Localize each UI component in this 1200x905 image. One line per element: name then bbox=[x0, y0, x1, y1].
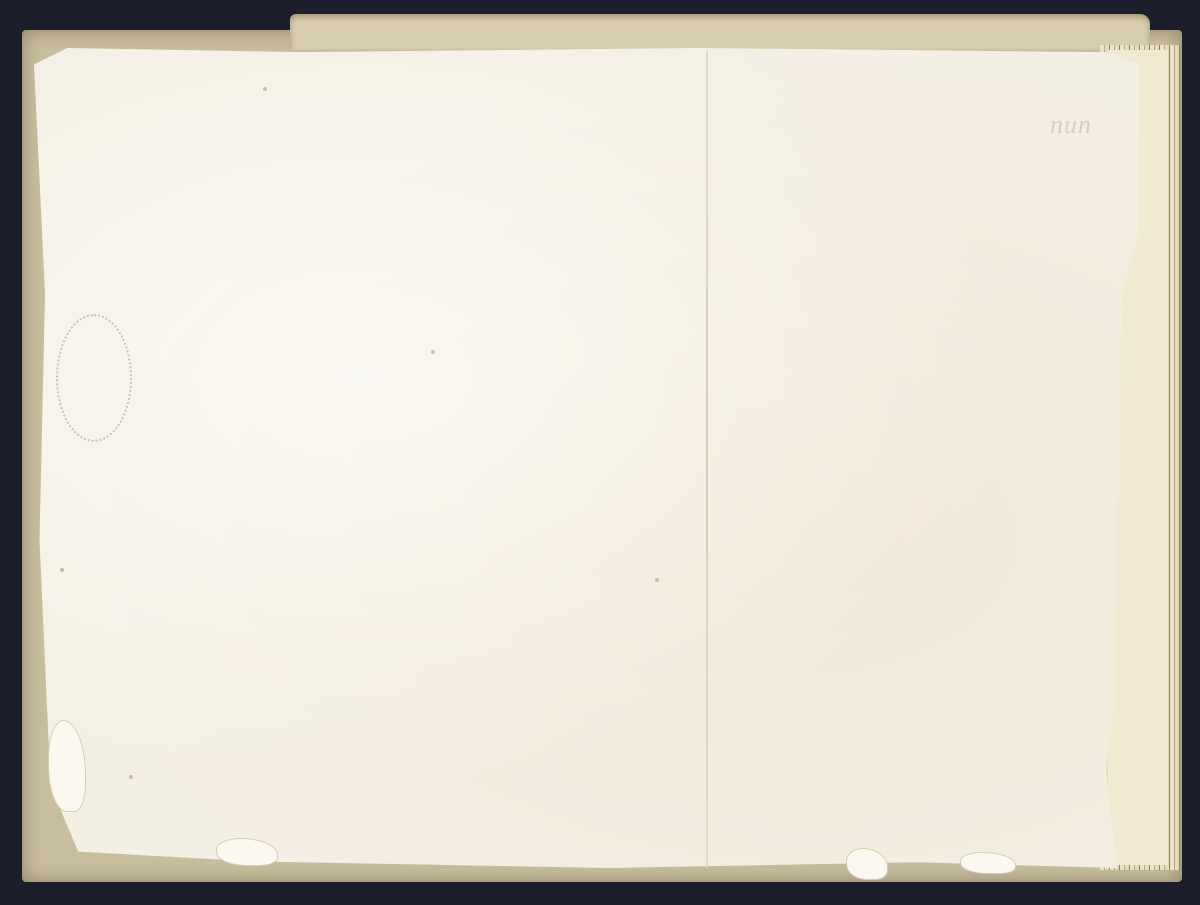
foxing-spot bbox=[655, 578, 659, 582]
torn-top-edge bbox=[290, 14, 1150, 50]
center-fold-line bbox=[706, 50, 708, 868]
foxing-spot bbox=[129, 775, 133, 779]
faint-show-through-text: nun bbox=[1050, 110, 1092, 140]
foxing-spot bbox=[263, 87, 267, 91]
foxing-spot bbox=[60, 568, 64, 572]
library-stamp-icon bbox=[56, 314, 132, 442]
blank-paper-page bbox=[34, 48, 1139, 868]
foxing-spot bbox=[431, 350, 435, 354]
